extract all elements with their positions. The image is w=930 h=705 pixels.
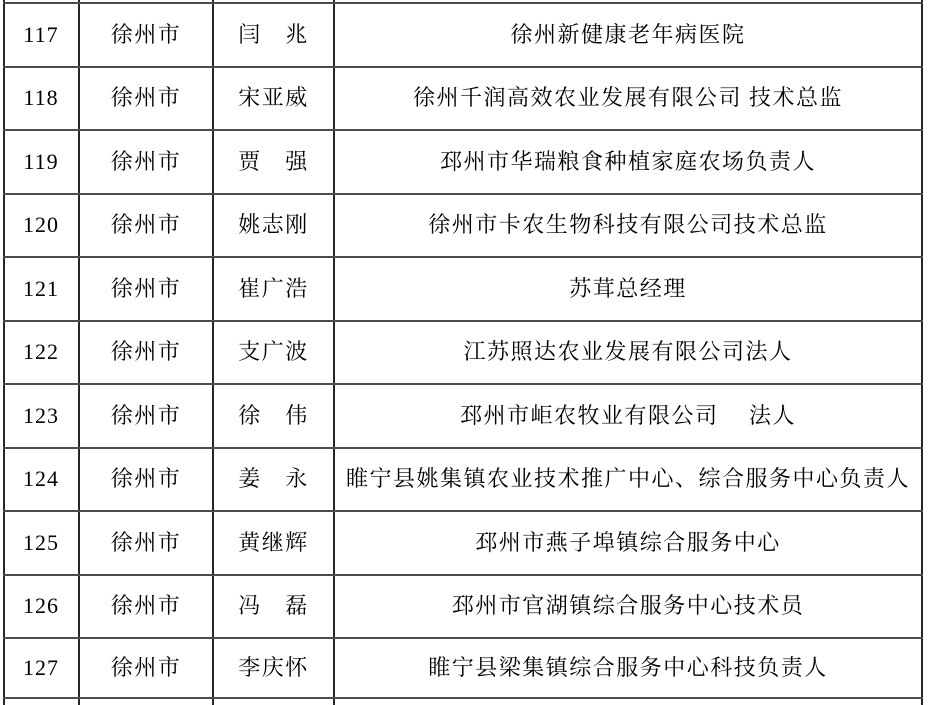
row-number-cell: 122	[3, 321, 79, 385]
roster-table: 117 徐州市 闫 兆 徐州新健康老年病医院 118 徐州市 宋亚威 徐州千润高…	[3, 3, 922, 698]
org-cell: 邳州市岠农牧业有限公司 法人	[334, 384, 922, 448]
row-number-cell: 127	[3, 638, 79, 698]
city-cell: 徐州市	[79, 257, 213, 321]
org-cell: 睢宁县姚集镇农业技术推广中心、综合服务中心负责人	[334, 448, 922, 512]
org-cell: 邳州市燕子埠镇综合服务中心	[334, 511, 922, 575]
city-cell: 徐州市	[79, 384, 213, 448]
name-cell: 徐 伟	[213, 384, 334, 448]
city-cell: 徐州市	[79, 130, 213, 194]
name-cell: 崔广浩	[213, 257, 334, 321]
city-cell: 徐州市	[79, 511, 213, 575]
name-cell: 李庆怀	[213, 638, 334, 698]
name-cell: 贾 强	[213, 130, 334, 194]
org-cell: 苏茸总经理	[334, 257, 922, 321]
row-number-cell: 120	[3, 194, 79, 258]
row-number-cell: 124	[3, 448, 79, 512]
org-cell: 徐州千润高效农业发展有限公司 技术总监	[334, 67, 922, 131]
name-cell: 冯 磊	[213, 575, 334, 639]
row-number-cell: 121	[3, 257, 79, 321]
org-cell: 邳州市官湖镇综合服务中心技术员	[334, 575, 922, 639]
org-cell: 江苏照达农业发展有限公司法人	[334, 321, 922, 385]
row-number-cell: 118	[3, 67, 79, 131]
org-cell: 徐州新健康老年病医院	[334, 3, 922, 67]
city-cell: 徐州市	[79, 448, 213, 512]
name-cell: 闫 兆	[213, 3, 334, 67]
name-cell: 姜 永	[213, 448, 334, 512]
city-cell: 徐州市	[79, 638, 213, 698]
name-cell: 黄继辉	[213, 511, 334, 575]
row-number-cell: 117	[3, 3, 79, 67]
row-number-cell: 126	[3, 575, 79, 639]
city-cell: 徐州市	[79, 67, 213, 131]
org-cell: 睢宁县梁集镇综合服务中心科技负责人	[334, 638, 922, 698]
city-cell: 徐州市	[79, 321, 213, 385]
row-number-cell: 119	[3, 130, 79, 194]
org-cell: 徐州市卡农生物科技有限公司技术总监	[334, 194, 922, 258]
city-cell: 徐州市	[79, 194, 213, 258]
org-cell: 邳州市华瑞粮食种植家庭农场负责人	[334, 130, 922, 194]
document-page: 117 徐州市 闫 兆 徐州新健康老年病医院 118 徐州市 宋亚威 徐州千润高…	[0, 0, 930, 705]
city-cell: 徐州市	[79, 575, 213, 639]
city-cell: 徐州市	[79, 3, 213, 67]
row-number-cell: 125	[3, 511, 79, 575]
name-cell: 姚志刚	[213, 194, 334, 258]
name-cell: 支广波	[213, 321, 334, 385]
row-number-cell: 123	[3, 384, 79, 448]
name-cell: 宋亚威	[213, 67, 334, 131]
